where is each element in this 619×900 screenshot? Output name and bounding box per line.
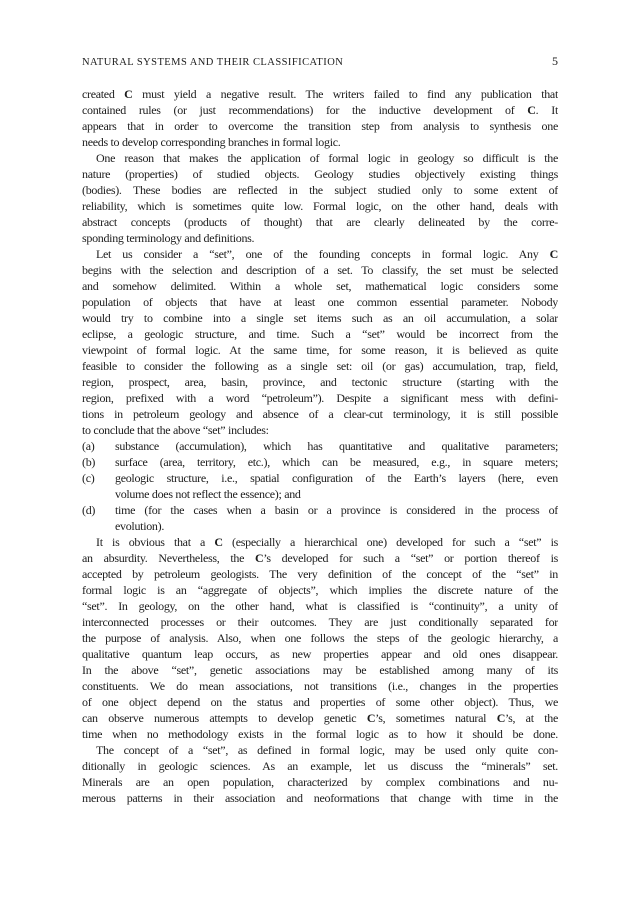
text-line: sponding terminology and definitions.	[82, 230, 558, 246]
text-line: the purpose of analysis. Also, when one …	[82, 630, 558, 646]
text-line: Let us consider a “set”, one of the foun…	[82, 246, 558, 262]
page-number: 5	[552, 54, 558, 69]
text-line: surface (area, territory, etc.), which c…	[115, 454, 558, 470]
list-item-label: (c)	[82, 470, 94, 486]
text-line: merous patterns in their association and…	[82, 790, 558, 806]
text-line: evolution).	[115, 518, 558, 534]
text-line: eclipse, a geologic structure, and time.…	[82, 326, 558, 342]
text-line: accepted by petroleum geologists. The ve…	[82, 566, 558, 582]
text-line: population of objects that have at least…	[82, 294, 558, 310]
text-line: and somehow delimited. Within a whole se…	[82, 278, 558, 294]
text-line: “set”. In geology, on the other hand, wh…	[82, 598, 558, 614]
text-line: The concept of a “set”, as defined in fo…	[82, 742, 558, 758]
body-text: created C must yield a negative result. …	[82, 86, 558, 806]
text-line: created C must yield a negative result. …	[82, 86, 558, 102]
text-line: of one object depend on the status and p…	[82, 694, 558, 710]
text-line: ditionally in geologic sciences. As an e…	[82, 758, 558, 774]
text-line: formal logic is an “aggregate of objects…	[82, 582, 558, 598]
list-item: (c)geologic structure, i.e., spatial con…	[82, 470, 558, 502]
text-line: feasible to consider the following as a …	[82, 358, 558, 374]
text-line: constituents. We do mean associations, n…	[82, 678, 558, 694]
text-line: volume does not reflect the essence); an…	[115, 486, 558, 502]
text-line: It is obvious that a C (especially a hie…	[82, 534, 558, 550]
text-line: Minerals are an open population, charact…	[82, 774, 558, 790]
text-line: abstract concepts (products of thought) …	[82, 214, 558, 230]
list-item: (a)substance (accumulation), which has q…	[82, 438, 558, 454]
list-item-label: (b)	[82, 454, 95, 470]
text-line: tions in petroleum geology and absence o…	[82, 406, 558, 422]
list-item: (b)surface (area, territory, etc.), whic…	[82, 454, 558, 470]
text-line: to conclude that the above “set” include…	[82, 422, 558, 438]
paragraph: One reason that makes the application of…	[82, 150, 558, 246]
text-line: interconnected processes or their outcom…	[82, 614, 558, 630]
page-header: NATURAL SYSTEMS AND THEIR CLASSIFICATION…	[82, 54, 558, 69]
text-line: (bodies). These bodies are reflected in …	[82, 182, 558, 198]
text-line: begins with the selection and descriptio…	[82, 262, 558, 278]
text-line: viewpoint of formal logic. At the same t…	[82, 342, 558, 358]
text-line: can observe numerous attempts to develop…	[82, 710, 558, 726]
text-line: geologic structure, i.e., spatial config…	[115, 470, 558, 486]
text-line: appears that in order to overcome the tr…	[82, 118, 558, 134]
paragraph: Let us consider a “set”, one of the foun…	[82, 246, 558, 438]
list-item-label: (d)	[82, 502, 95, 518]
text-line: region, prefixed with a word “petroleum”…	[82, 390, 558, 406]
text-line: qualitative quantum leap occurs, as new …	[82, 646, 558, 662]
text-line: substance (accumulation), which has quan…	[115, 438, 558, 454]
text-line: One reason that makes the application of…	[82, 150, 558, 166]
text-line: nature (properties) of studied objects. …	[82, 166, 558, 182]
text-line: an absurdity. Nevertheless, the C’s deve…	[82, 550, 558, 566]
paragraph: created C must yield a negative result. …	[82, 86, 558, 150]
text-line: time when no methodology exists in the f…	[82, 726, 558, 742]
paragraph: The concept of a “set”, as defined in fo…	[82, 742, 558, 806]
text-line: time (for the cases when a basin or a pr…	[115, 502, 558, 518]
paragraph: It is obvious that a C (especially a hie…	[82, 534, 558, 742]
text-line: In the above “set”, genetic associations…	[82, 662, 558, 678]
list-item-label: (a)	[82, 438, 94, 454]
text-line: region, prospect, area, basin, province,…	[82, 374, 558, 390]
text-line: would try to combine into a single set i…	[82, 310, 558, 326]
text-line: needs to develop corresponding branches …	[82, 134, 558, 150]
document-page: NATURAL SYSTEMS AND THEIR CLASSIFICATION…	[0, 0, 619, 900]
text-line: contained rules (or just recommendations…	[82, 102, 558, 118]
text-line: reliability, which is sometimes quite lo…	[82, 198, 558, 214]
list-item: (d)time (for the cases when a basin or a…	[82, 502, 558, 534]
running-title: NATURAL SYSTEMS AND THEIR CLASSIFICATION	[82, 57, 343, 68]
